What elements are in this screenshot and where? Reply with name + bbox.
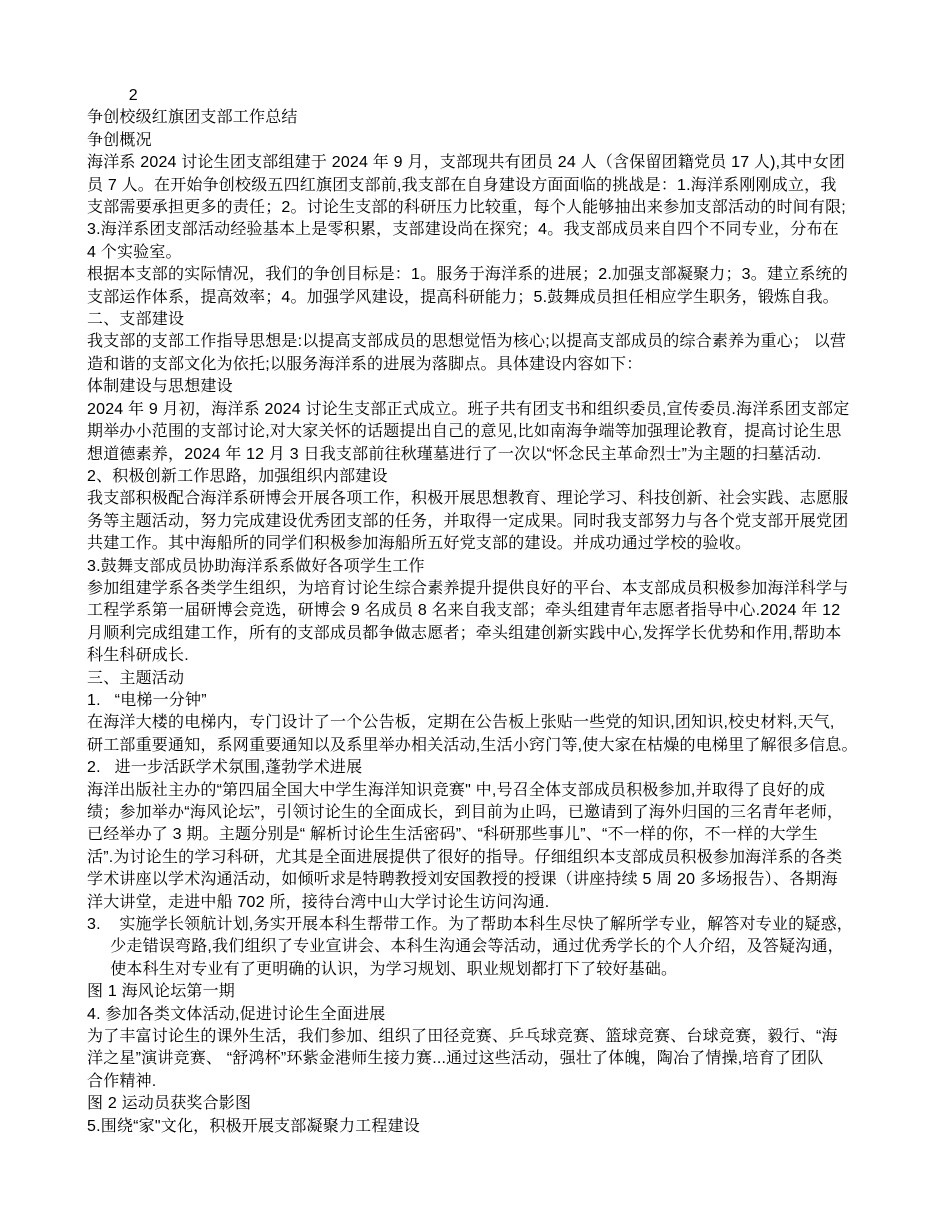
document-line: 争创校级红旗团支部工作总结 xyxy=(87,107,947,129)
document-line: 工程学系第一届研博会竞选，研博会 9 名成员 8 名来自我支部；牵头组建青年志愿… xyxy=(87,600,947,622)
document-line: 为了丰富讨论生的课外生活，我们参加、组织了田径竞赛、乒乓球竞赛、篮球竞赛、台球竞… xyxy=(87,1026,947,1048)
document-line: 3.海洋系团支部活动经验基本上是零积累，支部建设尚在探究；4。我支部成员来自四个… xyxy=(87,219,947,241)
document-line: 支部需要承担更多的责任；2。讨论生支部的科研压力比较重，每个人能够抽出来参加支部… xyxy=(87,197,947,219)
document-line: 3. 实施学长领航计划,务实开展本科生帮带工作。为了帮助本科生尽快了解所学专业，… xyxy=(87,914,947,936)
document-line: 共建工作。其中海船所的同学们积极参加海船所五好党支部的建设。并成功通过学校的验收… xyxy=(87,533,947,555)
document-line: 员 7 人。在开始争创校级五四红旗团支部前,我支部在自身建设方面面临的挑战是：1… xyxy=(87,175,947,197)
document-line: 期举办小范围的支部讨论,对大家关怀的话题提出自己的意见,比如南海争端等加强理论教… xyxy=(87,421,947,443)
document-line: 科生科研成长. xyxy=(87,645,947,667)
document-line: 活”.为讨论生的学习科研，尤其是全面进展提供了很好的指导。仔细组织本支部成员积极… xyxy=(87,847,947,869)
document-line: 我支部的支部工作指导思想是:以提高支部成员的思想觉悟为核心;以提高支部成员的综合… xyxy=(87,331,947,353)
document-line: 洋大讲堂，走进中船 702 所，接待台湾中山大学讨论生访问沟通. xyxy=(87,892,947,914)
document-line: 2、积极创新工作思路，加强组织内部建设 xyxy=(87,466,947,488)
document-line: 月顺利完成组建工作，所有的支部成员都争做志愿者；牵头组建创新实践中心,发挥学长优… xyxy=(87,623,947,645)
document-line: 使本科生对专业有了更明确的认识，为学习规划、职业规划都打下了较好基础。 xyxy=(87,959,947,981)
document-line: 体制建设与思想建设 xyxy=(87,376,947,398)
document-line: 5.围绕“家"文化，积极开展支部凝聚力工程建设 xyxy=(87,1116,947,1138)
document-line: 图 1 海风论坛第一期 xyxy=(87,981,947,1003)
document-line: 二、支部建设 xyxy=(87,309,947,331)
page-number-line: 2 xyxy=(87,85,947,107)
document-line: 2024 年 9 月初，海洋系 2024 讨论生支部正式成立。班子共有团支书和组… xyxy=(87,399,947,421)
document-text-block: 2争创校级红旗团支部工作总结争创概况海洋系 2024 讨论生团支部组建于 202… xyxy=(87,85,947,1138)
document-line: 学术讲座以学术沟通活动，如倾听求是特聘教授刘安国教授的授课（讲座持续 5 周 2… xyxy=(87,869,947,891)
document-line: 想道德素养，2024 年 12 月 3 日我支部前往秋瑾墓进行了一次以“怀念民主… xyxy=(87,444,947,466)
document-line: 合作精神. xyxy=(87,1071,947,1093)
document-line: 参加组建学系各类学生组织，为培育讨论生综合素养提升提供良好的平台、本支部成员积极… xyxy=(87,578,947,600)
document-line: 2. 进一步活跃学术氛围,蓬勃学术进展 xyxy=(87,757,947,779)
document-line: 三、主题活动 xyxy=(87,668,947,690)
document-line: 务等主题活动，努力完成建设优秀团支部的任务，并取得一定成果。同时我支部努力与各个… xyxy=(87,511,947,533)
document-line: 绩；参加举办“海风论坛”，引领讨论生的全面成长，到目前为止吗，已邀请到了海外归国… xyxy=(87,802,947,824)
document-page: 2争创校级红旗团支部工作总结争创概况海洋系 2024 讨论生团支部组建于 202… xyxy=(0,0,950,1230)
document-line: 支部运作体系，提高效率；4。加强学风建设，提高科研能力；5.鼓舞成员担任相应学生… xyxy=(87,287,947,309)
document-line: 根据本支部的实际情况，我们的争创目标是：1。服务于海洋系的进展；2.加强支部凝聚… xyxy=(87,264,947,286)
document-line: 已经举办了 3 期。主题分别是“ 解析讨论生生活密码”、“科研那些事儿”、“不一… xyxy=(87,824,947,846)
document-line: 争创概况 xyxy=(87,130,947,152)
document-line: 4. 参加各类文体活动,促进讨论生全面进展 xyxy=(87,1004,947,1026)
document-line: 海洋出版社主办的“第四届全国大中学生海洋知识竞赛" 中,号召全体支部成员积极参加… xyxy=(87,780,947,802)
document-line: 在海洋大楼的电梯内，专门设计了一个公告板，定期在公告板上张贴一些党的知识,团知识… xyxy=(87,712,947,734)
document-line: 1. “电梯一分钟” xyxy=(87,690,947,712)
document-line: 造和谐的支部文化为依托;以服务海洋系的进展为落脚点。具体建设内容如下： xyxy=(87,354,947,376)
document-line: 4 个实验室。 xyxy=(87,242,947,264)
document-line: 研工部重要通知，系网重要通知以及系里举办相关活动,生活小窍门等,使大家在枯燥的电… xyxy=(87,735,947,757)
document-line: 少走错误弯路,我们组织了专业宣讲会、本科生沟通会等活动，通过优秀学长的个人介绍，… xyxy=(87,936,947,958)
document-line: 我支部积极配合海洋系研博会开展各项工作，积极开展思想教育、理论学习、科技创新、社… xyxy=(87,488,947,510)
document-line: 3.鼓舞支部成员协助海洋系系做好各项学生工作 xyxy=(87,556,947,578)
document-line: 洋之星”演讲竞赛、 “舒鸿杯”环紫金港师生接力赛...通过这些活动，强壮了体魄，… xyxy=(87,1048,947,1070)
document-line: 图 2 运动员获奖合影图 xyxy=(87,1093,947,1115)
document-line: 海洋系 2024 讨论生团支部组建于 2024 年 9 月，支部现共有团员 24… xyxy=(87,152,947,174)
